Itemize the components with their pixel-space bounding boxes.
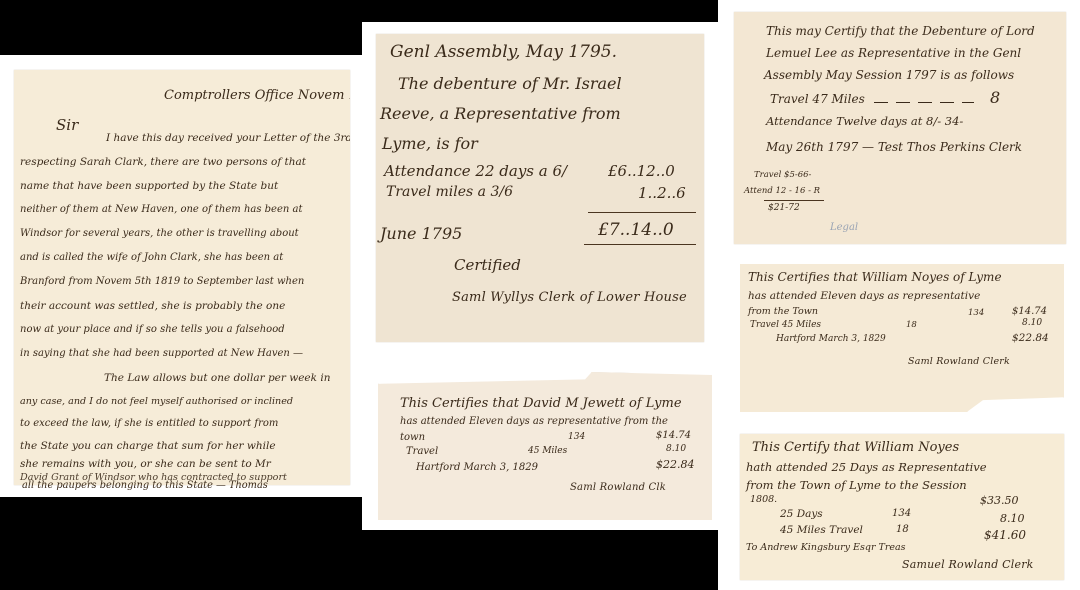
letter-line: in saying that she had been supported at… (20, 348, 303, 359)
letter-line: their account was settled, she is probab… (20, 300, 285, 312)
letter-line: The Law allows but one dollar per week i… (104, 372, 330, 384)
item-amount: 1..2..6 (638, 184, 686, 202)
certificate-line: town (400, 432, 425, 443)
certificate-jewett-document: This Certifies that David M Jewett of Ly… (378, 372, 712, 520)
debenture-lee-document: This may Certify that the Debenture of L… (734, 12, 1066, 244)
item-label: from the Town (748, 306, 818, 317)
place-date: Hartford March 3, 1829 (776, 334, 886, 344)
item-amount: 8.10 (1022, 318, 1042, 328)
certificate-line: has attended Eleven days as representati… (400, 416, 668, 427)
letter-line: she remains with you, or she can be sent… (20, 458, 271, 470)
item-rate: 134 (568, 432, 585, 442)
item-label: Attendance Twelve days at 8/- 34- (766, 114, 963, 128)
certificate-line: This Certifies that David M Jewett of Ly… (400, 396, 682, 411)
debenture-1795-line: The debenture of Mr. Israel (398, 74, 622, 93)
item-label: Travel 47 Miles (770, 92, 865, 106)
letter-line: neither of them at New Haven, one of the… (20, 204, 303, 215)
letter-salutation: Sir (56, 116, 78, 134)
frame-bottom-left (0, 497, 362, 590)
item-label: Travel miles a 3/6 (386, 184, 513, 200)
calc-line: Travel $5-66- (754, 170, 811, 180)
item-amount: £6..12..0 (608, 162, 675, 180)
item-amount: $14.74 (1012, 306, 1047, 317)
certificate-noyes-1808-document: This Certify that William Noyes hath att… (740, 434, 1064, 580)
letter-line: and is called the wife of John Clark, sh… (20, 252, 283, 263)
total-rule (588, 212, 696, 213)
item-label: 25 Days (780, 508, 823, 520)
item-amount: $33.50 (980, 494, 1019, 507)
clerk-signature: Saml Wyllys Clerk of Lower House (452, 290, 687, 305)
item-amount: 8.10 (1000, 512, 1025, 525)
letter-line: the State you can charge that sum for he… (20, 440, 276, 452)
letter-line: Branford from Novem 5th 1819 to Septembe… (20, 276, 304, 287)
certificate-total: $41.60 (984, 528, 1026, 542)
certificate-line: has attended Eleven days as representati… (748, 290, 980, 302)
certificate-line: 1808. (750, 494, 777, 505)
letter-line: to exceed the law, if she is entitled to… (20, 418, 278, 429)
item-label: Travel (406, 446, 438, 457)
letter-closing-line: all the paupers belonging to this State … (22, 480, 268, 491)
frame-bottom-middle (362, 530, 718, 590)
letter-line: I have this day received your Letter of … (106, 132, 350, 144)
letter-document: Comptrollers Office Novem 10th 1820 Sir … (14, 70, 350, 485)
certificate-line: This Certify that William Noyes (752, 440, 959, 455)
certificate-total: $22.84 (656, 458, 695, 471)
letter-line: now at your place and if so she tells yo… (20, 324, 285, 335)
letter-line: name that have been supported by the Sta… (20, 180, 278, 192)
debenture-lee-line: Lemuel Lee as Representative in the Genl (766, 46, 1021, 60)
certificate-line: from the Town of Lyme to the Session (746, 478, 967, 492)
calc-rule (764, 200, 824, 201)
debenture-1795-total: £7..14..0 (598, 220, 674, 240)
item-detail: 45 Miles (528, 446, 567, 456)
item-rate: 18 (906, 320, 917, 330)
item-amount: 8.10 (666, 444, 686, 454)
clerk-signature: Saml Rowland Clerk (908, 356, 1010, 367)
item-rate: 18 (896, 524, 909, 535)
debenture-lee-line: This may Certify that the Debenture of L… (766, 24, 1035, 38)
debenture-1795-header: Genl Assembly, May 1795. (390, 42, 617, 62)
debenture-1795-date: June 1795 (380, 224, 462, 243)
calc-total: $21-72 (768, 203, 800, 213)
certificate-noyes-1829-document: This Certifies that William Noyes of Lym… (740, 264, 1064, 412)
certificate-line: hath attended 25 Days as Representative (746, 460, 987, 474)
letter-line: respecting Sarah Clark, there are two pe… (20, 156, 306, 168)
debenture-1795-line: Lyme, is for (382, 134, 478, 153)
item-amount: 8 (990, 88, 1000, 107)
item-amount: $14.74 (656, 430, 691, 441)
pencil-note: Legal (830, 222, 858, 233)
frame-top-middle (362, 0, 718, 22)
certificate-total: $22.84 (1012, 332, 1049, 344)
frame-top-left (0, 0, 362, 55)
debenture-1795-document: Genl Assembly, May 1795. The debenture o… (376, 34, 704, 342)
letter-line: any case, and I do not feel myself autho… (20, 396, 293, 407)
item-label: Attendance 22 days a 6/ (384, 162, 567, 180)
certified-label: Certified (454, 256, 521, 274)
place-date: Hartford March 3, 1829 (416, 462, 538, 473)
clerk-signature: Samuel Rowland Clerk (902, 558, 1034, 571)
item-rate: 134 (968, 308, 984, 318)
dash-leader (874, 102, 974, 103)
item-label: 45 Miles Travel (780, 524, 863, 536)
payee-line: To Andrew Kingsbury Esqr Treas (746, 542, 906, 553)
calc-line: Attend 12 - 16 - R (744, 186, 820, 196)
total-underline (584, 244, 696, 245)
debenture-lee-line: Assembly May Session 1797 is as follows (764, 68, 1014, 82)
letter-line: Windsor for several years, the other is … (20, 228, 299, 239)
item-label: Travel 45 Miles (750, 320, 821, 330)
date-attest: May 26th 1797 — Test Thos Perkins Clerk (766, 140, 1022, 154)
debenture-1795-line: Reeve, a Representative from (380, 104, 621, 123)
clerk-signature: Saml Rowland Clk (570, 482, 666, 493)
item-rate: 134 (892, 508, 911, 519)
letter-heading: Comptrollers Office Novem 10th 1820 (164, 88, 350, 103)
certificate-line: This Certifies that William Noyes of Lym… (748, 270, 1002, 284)
